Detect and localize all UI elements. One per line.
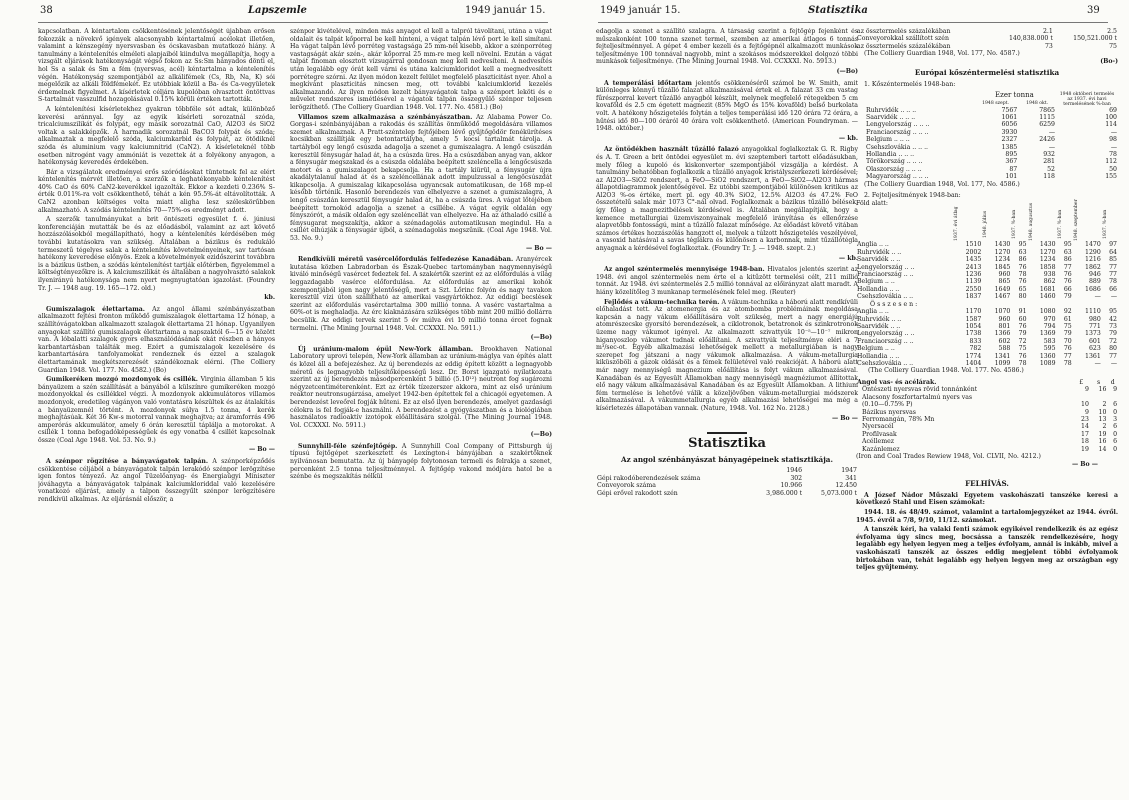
cell-value: 1470 (1073, 241, 1102, 248)
cell-value: 76 (1057, 345, 1073, 352)
cell-value: 6 (1107, 423, 1118, 430)
row-label: Olaszország .. .. .. (856, 166, 973, 173)
cell-value: 10.966 (748, 482, 803, 489)
cell-value: 1738 (953, 330, 982, 337)
cell-value: 95 (1011, 241, 1027, 248)
cell-value (1107, 394, 1118, 401)
cell-value: 76 (1011, 278, 1027, 285)
column-header: 1948. július (982, 207, 1011, 241)
total-label: Összesen: (856, 301, 1118, 308)
cell-value: 601 (1073, 338, 1102, 345)
table-row: Csehszlovákia .. ..1404109978108978—— (856, 360, 1118, 367)
cell-value: 1234 (1028, 256, 1057, 263)
cell-value: 1366 (982, 330, 1011, 337)
cell-value: 2.5 (1054, 28, 1118, 35)
cell-value: 595 (1028, 345, 1057, 352)
table-row: Profilvasak17190 (856, 431, 1118, 438)
table-row: Bázikus nyersvas9100 (856, 409, 1118, 416)
cell-value (1072, 394, 1089, 401)
cell-value: 1061 (973, 114, 1018, 121)
row-label: Lengyelország .. .. .. (856, 121, 973, 128)
article-heading: Az angol széntermelés mennyisége 1948-ba… (604, 266, 765, 273)
cell-value: 583 (1028, 338, 1057, 345)
cell-value: 75 (1011, 345, 1027, 352)
cell-value: 85 (1102, 256, 1118, 263)
table-row: Gépi erővel rakodott szén3,986.000 t5,07… (596, 490, 858, 497)
row-label: Belgium .. .. .. (856, 136, 973, 143)
row-label: Csehszlovákia .. .. (856, 293, 953, 300)
table-row: Anglia .. ..1170107091108092111095 (856, 308, 1118, 315)
cell-value: 76 (1011, 353, 1027, 360)
cell-value: 19 (1090, 431, 1107, 438)
cell-value: 1845 (982, 264, 1011, 271)
article-heading: Villamos szem alkalmazása a szénbányásza… (298, 114, 472, 121)
section-title: Statisztika (596, 440, 858, 448)
cell-value: 16 (1090, 386, 1107, 393)
cell-value: 1681 (1028, 286, 1057, 293)
cell-value: — (1056, 129, 1118, 136)
cell-value: 50 (1056, 166, 1118, 173)
column-header-text: 1948. augusztus (1029, 207, 1034, 241)
table-row: Nyersacél1426 (856, 423, 1118, 430)
right-column-1-articles: edagolja a szenet a szállító szalagra. A… (596, 28, 858, 422)
cell-value: 69 (1056, 107, 1118, 114)
cell-value: 932 (1018, 151, 1056, 158)
cell-value: 101 (973, 173, 1018, 180)
cell-value: 14 (1090, 446, 1107, 453)
cell-value: 1099 (982, 360, 1011, 367)
running-title: Lapszemle (248, 5, 307, 16)
row-label: Ruhrvidék .. .. (856, 249, 953, 256)
table-row: Hollandia .. ..2550164965168166168666 (856, 286, 1118, 293)
cell-value: 1686 (1073, 286, 1102, 293)
cell-value: 2 (1090, 423, 1107, 430)
cell-value: 0 (1107, 446, 1118, 453)
cell-value: 78 (1102, 278, 1118, 285)
cell-value: 86 (1057, 256, 1073, 263)
cell-value: 75 (1057, 323, 1073, 330)
cell-value: 13 (1090, 416, 1107, 423)
table-row: Belgium .. ..1139865768627688978 (856, 278, 1118, 285)
cell-value: 73 (1102, 323, 1118, 330)
cell-value: 7567 (973, 107, 1018, 114)
cell-value: 78 (1057, 360, 1073, 367)
cell-value: 10 (1072, 401, 1089, 408)
cell-value: 1236 (953, 271, 982, 278)
cell-value: 80 (1011, 293, 1027, 300)
cell-value: 5,073.000 t (803, 490, 858, 497)
cell-value: 2550 (953, 286, 982, 293)
cell-value: 91 (1011, 308, 1027, 315)
cell-value (1090, 394, 1107, 401)
article-heading: Az öntödékben használt tűzálló falazó (604, 146, 739, 153)
cell-value: 78 (1011, 271, 1027, 278)
cell-value: 87 (973, 166, 1018, 173)
row-label: Lengyelország .. .. (856, 330, 953, 337)
header-rule (598, 22, 1108, 23)
table-row: Conveyorokkal szállított szén140,838.000… (856, 35, 1118, 42)
cell-value: 1080 (1028, 308, 1057, 315)
cell-value: 6259 (1018, 121, 1056, 128)
article-paragraph: A temperálási időtartam jelentős csökken… (596, 80, 858, 133)
cell-value: 76 (1057, 278, 1073, 285)
right-column-1: edagolja a szenet a szállító szalagra. A… (596, 28, 858, 798)
row-label: Alacsony foszfortartalmú nyers vas (856, 394, 1072, 401)
cell-value: 14 (1072, 423, 1089, 430)
cell-value: 6056 (973, 121, 1018, 128)
table-row: Magyarország .. .. ..101118155 (856, 173, 1118, 180)
source-citation: (The Colliery Guardian 1948. Vol. 177. N… (856, 367, 1118, 375)
cell-value: 794 (1028, 323, 1057, 330)
cell-value: 1361 (1073, 353, 1102, 360)
source-citation: (The Colliery Guardian 1948, Vol. 177, N… (856, 181, 1118, 189)
cell-value: 367 (973, 158, 1018, 165)
article-paragraph: A szerzők tanulmányukat a brit öntészeti… (38, 216, 275, 292)
iron-prices-table: Angol vas- és acélárak. £ s d Öntészeti … (856, 379, 1118, 453)
cell-value: 60 (1011, 316, 1027, 323)
article-paragraph: Rendkívüli méretű vasércelőfordulás felf… (290, 256, 552, 332)
cell-value: 76 (1011, 323, 1027, 330)
cell-value: 1360 (1028, 353, 1057, 360)
coal-production-table: Ezer tonna1948 októberi termelés az 1937… (856, 92, 1118, 181)
table-row: Csehszlovákia .. ..1837146780146079—— (856, 293, 1118, 300)
signature: (—Bo) (596, 68, 858, 76)
cell-value: 602 (982, 338, 1011, 345)
cell-value: 79 (1102, 330, 1118, 337)
cell-value: 1404 (953, 360, 982, 367)
cell-value: 98 (1056, 136, 1118, 143)
cell-value: 73 (990, 43, 1054, 50)
column-header: 1937. %-ban (1011, 207, 1027, 241)
article-heading: A szénpor rögzítése a bányavágatok talpá… (46, 458, 208, 465)
header-rule (38, 22, 548, 23)
article-paragraph: A kéntelenítési kísérletekhez gyakran tö… (38, 106, 275, 167)
cell-value: 1510 (953, 241, 982, 248)
signature: kb. (38, 294, 275, 302)
machinery-stats-table: 19461947 Gépi rakodóberendezések száma30… (596, 467, 858, 497)
table-row: az össztermelés százalékában2.12.5 (856, 28, 1118, 35)
article-heading: Gumikeréken mozgó mozdonyok és csillék. (46, 376, 198, 383)
table-row: Franciaország .. .. ..3930—— (856, 129, 1118, 136)
signature: — Bo — (290, 245, 552, 253)
cell-value: 78 (1056, 151, 1118, 158)
cell-value: 960 (982, 271, 1011, 278)
cell-value: 2426 (1018, 136, 1056, 143)
cell-value: 9 (1072, 409, 1089, 416)
cell-value: 77 (1102, 353, 1118, 360)
article-paragraph: Fejlődés a vákum-technika terén. A vákum… (596, 299, 858, 413)
table-row: Hollandia .. .. ..89593278 (856, 151, 1118, 158)
cell-value: 2.1 (990, 28, 1054, 35)
table-row: Csehszlovákia .. .. ..1385—— (856, 144, 1118, 151)
cell-value: 112 (1056, 158, 1118, 165)
cell-value: 3,986.000 t (748, 490, 803, 497)
header-date: 1949 január 15. (600, 5, 680, 16)
cell-value: 2002 (953, 249, 982, 256)
cell-value: 865 (982, 278, 1011, 285)
cell-value: 1430 (982, 241, 1011, 248)
signature: (—Bo) (290, 431, 552, 439)
table-row: Ruhrvidék .. ..1587960609706198042 (856, 316, 1118, 323)
right-column-2: az össztermelés százalékában2.12.5Convey… (856, 28, 1118, 798)
cell-value: 938 (1028, 271, 1057, 278)
euro-stats-title: Európai kőszéntermelési statisztika (856, 69, 1118, 77)
cell-value: 76 (1011, 264, 1027, 271)
cell-value: 97 (1102, 241, 1118, 248)
row-label: Saarvidék .. .. (856, 256, 953, 263)
article-paragraph: kapcsolatban. A kéntartalom csökkentésén… (38, 28, 275, 104)
table-row: Lengyelország .. ..241318457618587718627… (856, 264, 1118, 271)
cell-value: 946 (1073, 271, 1102, 278)
page-number: 39 (1087, 5, 1100, 16)
cell-value: 2327 (973, 136, 1018, 143)
cell-value: 155 (1056, 173, 1118, 180)
cell-value: 10 (1090, 409, 1107, 416)
cell-value: 1341 (982, 353, 1011, 360)
cell-value: 1216 (1073, 256, 1102, 263)
cell-value: 970 (1028, 316, 1057, 323)
cell-value: 23 (1072, 416, 1089, 423)
table-row: Ferromangán, 78% Mn23133 (856, 416, 1118, 423)
cell-value: 92 (1057, 308, 1073, 315)
cell-value: 1467 (982, 293, 1011, 300)
cell-value: 150,521.000 t (1054, 35, 1118, 42)
cell-value: 63 (1011, 249, 1027, 256)
row-label: Magyarország .. .. .. (856, 173, 973, 180)
cell-value: 9 (1072, 386, 1089, 393)
row-label: Gépi rakodóberendezések száma (596, 475, 748, 482)
cell-value: 79 (1011, 330, 1027, 337)
row-label: Hollandia .. .. .. (856, 151, 973, 158)
cell-value: 19 (1072, 446, 1089, 453)
cell-value: — (1102, 293, 1118, 300)
left-column-2: szénpor kivételével, minden más anyagot … (290, 28, 552, 798)
column-header-text: 1937. %-ban (1103, 207, 1108, 241)
table-row: Anglia .. ..1510143095143095147097 (856, 241, 1118, 248)
cell-value: 72 (1011, 338, 1027, 345)
row-label: Belgium .. .. (856, 345, 953, 352)
table-row: Ruhrvidék .. .. ..7567786569 (856, 107, 1118, 114)
cell-value: 1089 (1028, 360, 1057, 367)
table-row: Belgium .. .. ..2327242698 (856, 136, 1118, 143)
row-label: Hollandia .. .. (856, 353, 953, 360)
cell-value: 1587 (953, 316, 982, 323)
row-label: Saarvidék .. .. .. (856, 114, 973, 121)
column-header-text: 1948. szeptember (1074, 207, 1079, 241)
table-row: Franciaország .. ..1236960789387694677 (856, 271, 1118, 278)
cell-value: 76 (1057, 271, 1073, 278)
table-row: Öntészeti nyersvas rövid tonnánként9169 (856, 386, 1118, 393)
cell-value: 1774 (953, 353, 982, 360)
signature: — Bo — (856, 461, 1098, 469)
table-row: Saarvidék .. ..1054801767947577173 (856, 323, 1118, 330)
column-header-text: 1937. %-ban (1058, 207, 1063, 241)
cell-value: 78 (1011, 360, 1027, 367)
section-1-title: 1. Kőszéntermelés 1948-ban: (856, 81, 1118, 89)
signature: — Bo — (38, 446, 275, 454)
machinery-stats-title: Az angol szénbányászat bányagépeinek sta… (596, 456, 858, 464)
cell-value: 61 (1057, 316, 1073, 323)
cell-value: — (1073, 293, 1102, 300)
row-label: Törökország .. .. .. (856, 158, 973, 165)
cell-value: 1054 (953, 323, 982, 330)
cell-value: 6 (1107, 401, 1118, 408)
cell-value: 341 (803, 475, 858, 482)
table-row: Hollandia .. ..1774134176136077136177 (856, 353, 1118, 360)
signature: — kb. (596, 255, 858, 263)
row-label: az össztermelés százalékában (856, 43, 990, 50)
cell-value: 70 (1057, 338, 1073, 345)
signature: — Bo — (596, 415, 858, 423)
cell-value: 3 (1107, 416, 1118, 423)
running-header: 1949 január 15. Statisztika 39 (566, 5, 1129, 19)
row-label: az össztermelés százalékában (856, 28, 990, 35)
row-label: Nyersacél (856, 423, 1072, 430)
table-row: Belgium .. ..782588755957662380 (856, 345, 1118, 352)
table-row: Acéllemez18166 (856, 438, 1118, 445)
cell-value: 2413 (953, 264, 982, 271)
left-page: 38 Lapszemle 1949 január 15. kapcsolatba… (0, 0, 566, 800)
column-header: 1937. %-ban (1102, 207, 1118, 241)
table-row: Saarvidék .. .. ..10611115100 (856, 114, 1118, 121)
row-label: Csehszlovákia .. .. (856, 360, 953, 367)
cell-value: 77 (1102, 271, 1118, 278)
section-divider (707, 432, 747, 434)
row-label: Csehszlovákia .. .. .. (856, 144, 973, 151)
source-citation: (The Colliery Guardian 1948, Vol. 177, N… (856, 50, 1118, 58)
table-row: az össztermelés százalékában7375 (856, 43, 1118, 50)
cell-value: 980 (1073, 316, 1102, 323)
row-label: Ruhrvidék .. .. .. (856, 107, 973, 114)
row-label: Franciaország .. .. (856, 338, 953, 345)
cell-value: 1270 (1028, 249, 1057, 256)
cell-value: 16 (1090, 438, 1107, 445)
notice-paragraph: 1944. 18. és 48/49. számot, valamint a t… (856, 509, 1118, 524)
cell-value: 114 (1056, 121, 1118, 128)
row-label: Lengyelország .. .. (856, 264, 953, 271)
cell-value: 0 (1107, 431, 1118, 438)
table-row: Conveyorok száma10.96612.450 (596, 482, 858, 489)
row-label: Ruhrvidék .. .. (856, 316, 953, 323)
table-row: Lengyelország .. ..173813667913697913737… (856, 330, 1118, 337)
header-date: 1949 január 15. (465, 5, 545, 16)
cell-value: 118 (1018, 173, 1056, 180)
performance-table: 1937. évi átlag1948. július1937. %-ban19… (856, 207, 1118, 367)
cell-value: 1139 (953, 278, 982, 285)
cell-value: 782 (953, 345, 982, 352)
row-label: Hollandia .. .. (856, 286, 953, 293)
article-paragraph: szénpor kivételével, minden más anyagot … (290, 28, 552, 112)
table-row: Olaszország .. .. ..875250 (856, 166, 1118, 173)
cell-value: 1170 (953, 308, 982, 315)
row-label: Conveyorokkal szállított szén (856, 35, 990, 42)
row-label: Anglia .. .. (856, 241, 953, 248)
cell-value: 1460 (1028, 293, 1057, 300)
table-row: Törökország .. .. ..367281112 (856, 158, 1118, 165)
cell-value: 79 (1057, 330, 1073, 337)
cell-value: 52 (1018, 166, 1056, 173)
notice-paragraph: A tanszék kéri, ha valaki fenti számok e… (856, 526, 1118, 572)
cell-value: 623 (1073, 345, 1102, 352)
row-label: Bázikus nyersvas (856, 409, 1072, 416)
cell-value: 66 (1102, 286, 1118, 293)
cell-value: 6 (1107, 438, 1118, 445)
column-header-text: 1937. %-ban (1012, 207, 1017, 241)
cell-value: 64 (1102, 249, 1118, 256)
cell-value: 960 (982, 316, 1011, 323)
cell-value: 1862 (1073, 264, 1102, 271)
row-label: Öntészeti nyersvas rövid tonnánként (856, 386, 1072, 393)
cell-value: 1270 (982, 249, 1011, 256)
row-label: Franciaország .. .. .. (856, 129, 973, 136)
cell-value: 75 (1054, 43, 1118, 50)
article-paragraph: Gumikeréken mozgó mozdonyok és csillék. … (38, 376, 275, 444)
table-row: Gépi rakodóberendezések száma302341 (596, 475, 858, 482)
cell-value: 1070 (982, 308, 1011, 315)
cell-value: 1290 (1073, 249, 1102, 256)
table-row: (0.10—0.75% P)1026 (856, 401, 1118, 408)
table-row: Franciaország .. ..833602725837060172 (856, 338, 1118, 345)
cell-value: 1435 (953, 256, 982, 263)
signature: (—Bo) (290, 334, 552, 342)
table-row: Kazánlemez19140 (856, 446, 1118, 453)
cell-value: 1430 (1028, 241, 1057, 248)
cell-value: 65 (1011, 286, 1027, 293)
cell-value: 1369 (1028, 330, 1057, 337)
right-page: 1949 január 15. Statisztika 39 edagolja … (566, 0, 1129, 800)
cell-value: 281 (1018, 158, 1056, 165)
cell-value: 1110 (1073, 308, 1102, 315)
total-label-row: Összesen: (856, 301, 1118, 308)
cell-value: 862 (1028, 278, 1057, 285)
cell-value: 1373 (1073, 330, 1102, 337)
table-row: Alacsony foszfortartalmú nyers vas (856, 394, 1118, 401)
cell-value: — (1018, 129, 1056, 136)
notice-paragraph: A József Nádor Műszaki Egyetem vaskohász… (856, 492, 1118, 507)
column-header: 1937. %-ban (1057, 207, 1073, 241)
cell-value: 77 (1102, 264, 1118, 271)
table-row: Saarvidék .. ..1435123486123486121685 (856, 256, 1118, 263)
cell-value: 302 (748, 475, 803, 482)
signature: — kb. (596, 135, 858, 143)
row-label: Conveyorok száma (596, 482, 748, 489)
column-header-text: 1937. évi átlag (954, 207, 959, 241)
cell-value: 86 (1011, 256, 1027, 263)
cell-value: 1858 (1028, 264, 1057, 271)
article-heading: Sunnyhill-féle szénfejtőgép. (298, 443, 397, 450)
article-paragraph: Villamos szem alkalmazása a szénbányásza… (290, 114, 552, 243)
cell-value: 66 (1057, 286, 1073, 293)
row-label: Belgium .. .. (856, 278, 953, 285)
notice-title: FELHÍVÁS. (856, 480, 1118, 488)
article-heading: Gumiszalagok élettartama. (46, 306, 145, 313)
cell-value: 3930 (973, 129, 1018, 136)
article-heading: A temperálási időtartam (604, 80, 692, 87)
cell-value: 2 (1090, 401, 1107, 408)
cell-value: 77 (1057, 264, 1073, 271)
cell-value: 79 (1057, 293, 1073, 300)
cell-value: — (1018, 144, 1056, 151)
cell-value: 7865 (1018, 107, 1056, 114)
source-citation: (Iron and Coal Trades Rewiew 1948, Vol. … (856, 453, 1118, 461)
running-header: 38 Lapszemle 1949 január 15. (0, 5, 566, 19)
cell-value: 77 (1057, 353, 1073, 360)
column-header: 1937. évi átlag (953, 207, 982, 241)
cell-value: 80 (1102, 345, 1118, 352)
running-title: Statisztika (808, 5, 868, 16)
article-paragraph: Bár a vizsgálatok eredményei erős szóród… (38, 169, 275, 215)
column-header: 1948. szeptember (1073, 207, 1102, 241)
